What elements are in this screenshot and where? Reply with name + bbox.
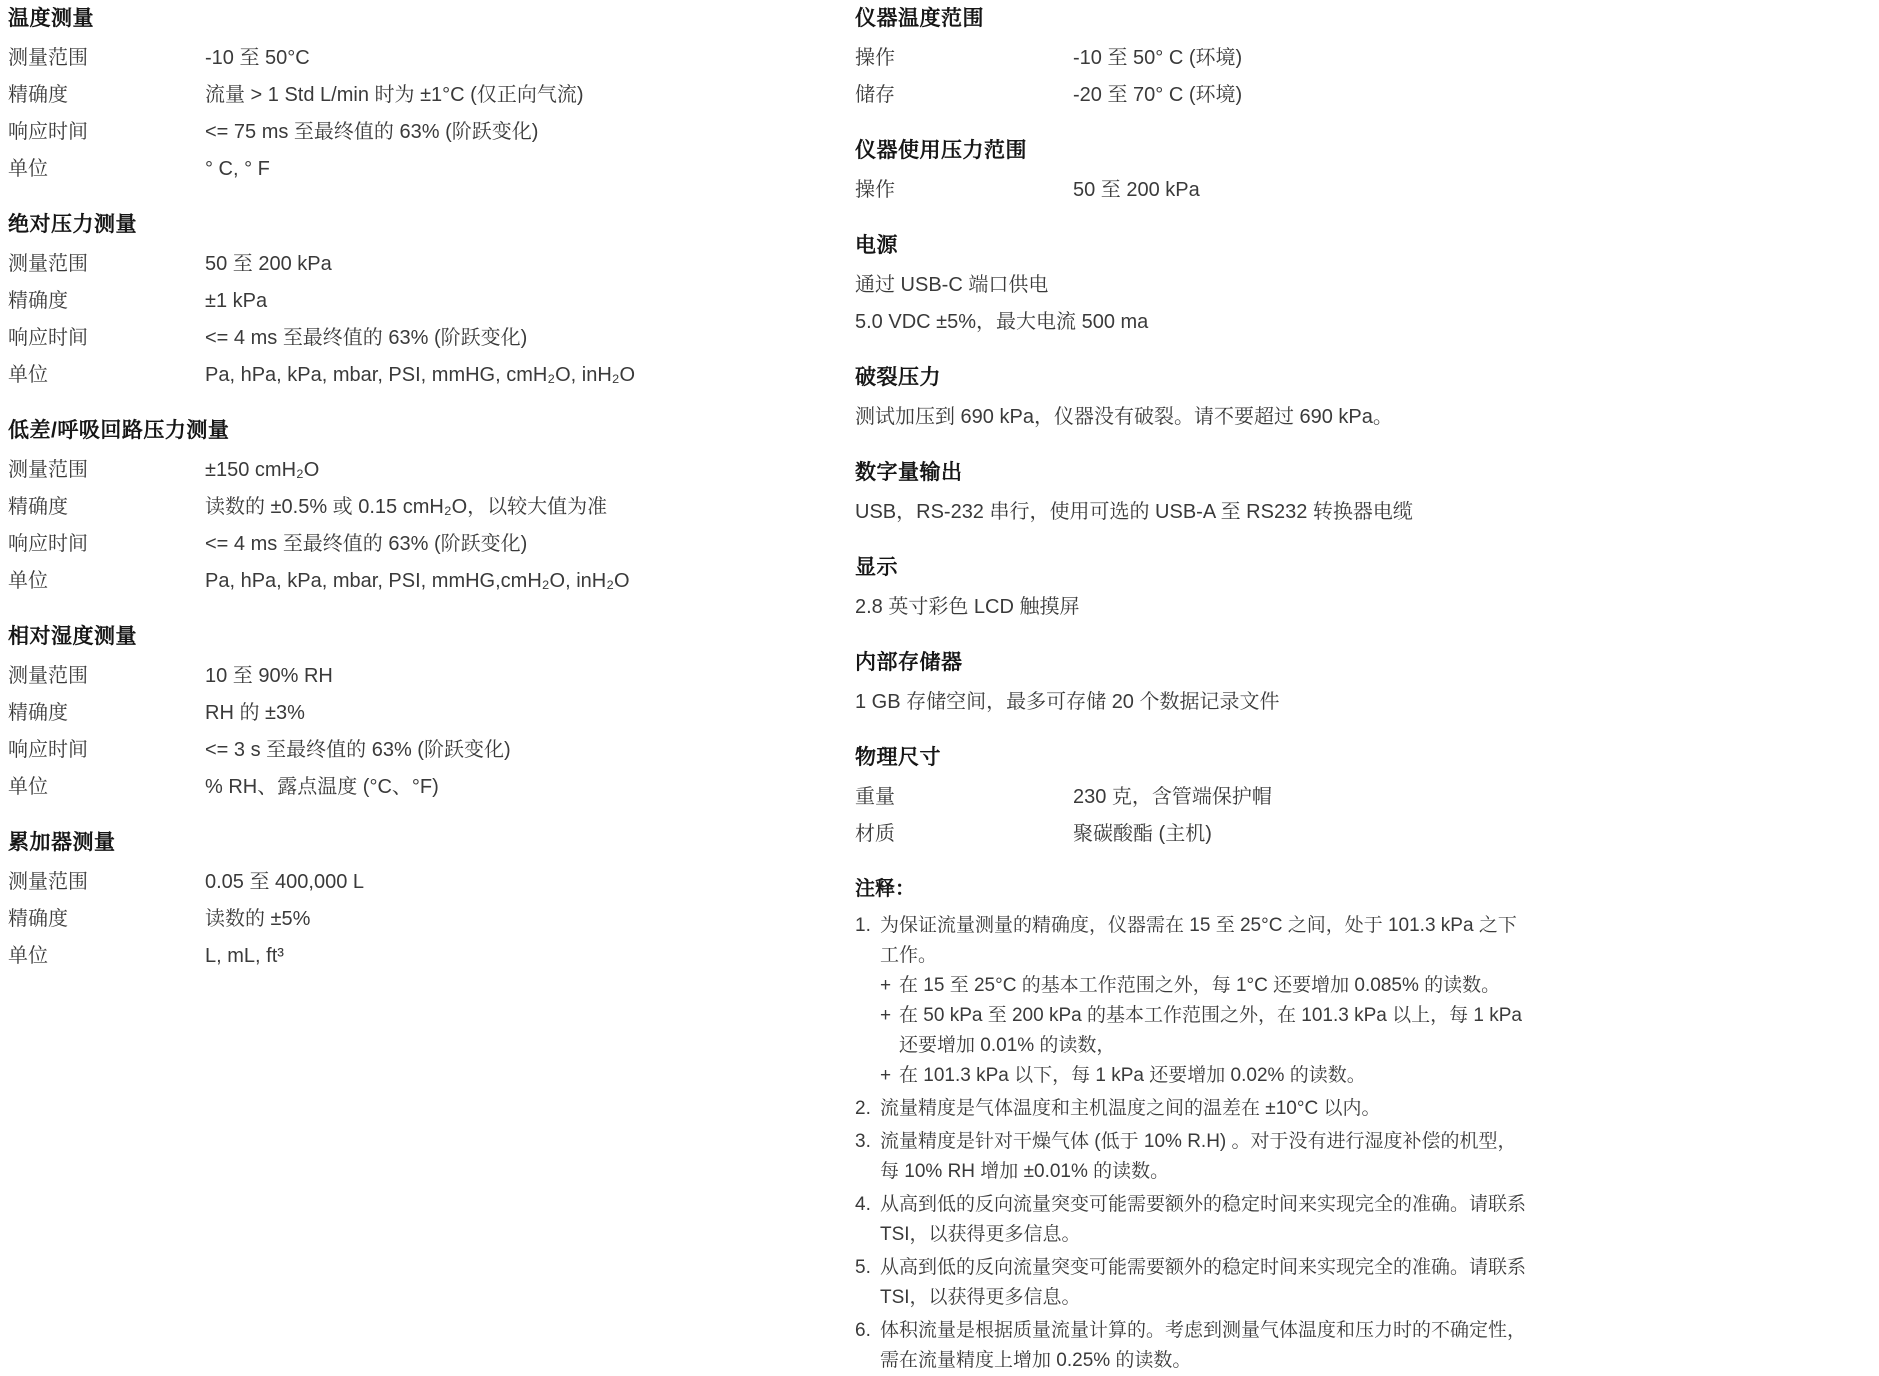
spec-value: <= 75 ms 至最终值的 63% (阶跃变化) <box>205 114 538 151</box>
note-item: 4. 从高到低的反向流量突变可能需要额外的稳定时间来实现完全的准确。请联系 TS… <box>855 1190 1561 1250</box>
spec-label: 重量 <box>855 779 1073 816</box>
section-display: 显示 2.8 英寸彩色 LCD 触摸屏 <box>855 555 1561 626</box>
section-title: 显示 <box>855 555 1561 581</box>
spec-value: 读数的 ±5% <box>205 901 310 938</box>
note-sub-item: + 在 101.3 kPa 以下，每 1 kPa 还要增加 0.02% 的读数。 <box>880 1061 1530 1091</box>
spec-row: 精确度 流量 > 1 Std L/min 时为 ±1°C (仅正向气流) <box>8 77 838 114</box>
section-title: 数字量输出 <box>855 460 1561 486</box>
spec-row: 精确度 读数的 ±5% <box>8 901 838 938</box>
note-sub-item: + 在 50 kPa 至 200 kPa 的基本工作范围之外，在 101.3 k… <box>880 1001 1530 1061</box>
spec-row: 测量范围 10 至 90% RH <box>8 658 838 695</box>
spec-row: 响应时间 <= 4 ms 至最终值的 63% (阶跃变化) <box>8 526 838 563</box>
section-burst-pressure: 破裂压力 测试加压到 690 kPa，仪器没有破裂。请不要超过 690 kPa。 <box>855 365 1561 436</box>
spec-label: 单位 <box>8 563 205 600</box>
spec-label: 响应时间 <box>8 114 205 151</box>
spec-row: 单位 L, mL, ft³ <box>8 938 838 975</box>
spec-value: 230 克，含管端保护帽 <box>1073 779 1272 816</box>
spec-value: Pa, hPa, kPa, mbar, PSI, mmHG,cmH₂O, inH… <box>205 563 630 600</box>
notes-title: 注释： <box>855 877 1561 901</box>
plus-bullet: + <box>880 1001 899 1061</box>
spec-label: 单位 <box>8 151 205 188</box>
spec-label: 测量范围 <box>8 452 205 489</box>
spec-label: 响应时间 <box>8 320 205 357</box>
spec-value: L, mL, ft³ <box>205 938 284 975</box>
note-number: 6. <box>855 1316 880 1376</box>
section-digital-output: 数字量输出 USB，RS-232 串行，使用可选的 USB-A 至 RS232 … <box>855 460 1561 531</box>
note-number: 4. <box>855 1190 880 1250</box>
spec-value: % RH、露点温度 (°C、°F) <box>205 769 439 806</box>
spec-value: -10 至 50° C (环境) <box>1073 40 1242 77</box>
spec-row: 测量范围 0.05 至 400,000 L <box>8 864 838 901</box>
spec-value: ° C, ° F <box>205 151 270 188</box>
note-number: 5. <box>855 1253 880 1313</box>
note-item: 6. 体积流量是根据质量流量计算的。考虑到测量气体温度和压力时的不确定性，需在流… <box>855 1316 1561 1376</box>
spec-value: 50 至 200 kPa <box>205 246 332 283</box>
spec-row: 响应时间 <= 75 ms 至最终值的 63% (阶跃变化) <box>8 114 838 151</box>
spec-value: <= 3 s 至最终值的 63% (阶跃变化) <box>205 732 511 769</box>
section-instrument-temperature-range: 仪器温度范围 操作 -10 至 50° C (环境) 储存 -20 至 70° … <box>855 6 1561 114</box>
spec-label: 响应时间 <box>8 526 205 563</box>
spec-value: Pa, hPa, kPa, mbar, PSI, mmHG, cmH₂O, in… <box>205 357 635 394</box>
section-low-differential-breathing-circuit-pressure: 低差/呼吸回路压力测量 测量范围 ±150 cmH₂O 精确度 读数的 ±0.5… <box>8 418 838 600</box>
spec-label: 操作 <box>855 172 1073 209</box>
section-title: 物理尺寸 <box>855 745 1561 771</box>
section-title: 温度测量 <box>8 6 838 32</box>
section-title: 累加器测量 <box>8 830 838 856</box>
plus-bullet: + <box>880 971 899 1001</box>
spec-label: 操作 <box>855 40 1073 77</box>
spec-value: 读数的 ±0.5% 或 0.15 cmH₂O，以较大值为准 <box>205 489 607 526</box>
note-sub-text: 在 15 至 25°C 的基本工作范围之外，每 1°C 还要增加 0.085% … <box>899 971 1530 1001</box>
spec-label: 测量范围 <box>8 864 205 901</box>
spec-label: 单位 <box>8 357 205 394</box>
spec-label: 精确度 <box>8 489 205 526</box>
note-sub-text: 在 101.3 kPa 以下，每 1 kPa 还要增加 0.02% 的读数。 <box>899 1061 1530 1091</box>
note-text: 为保证流量测量的精确度，仪器需在 15 至 25°C 之间，处于 101.3 k… <box>880 911 1530 971</box>
spec-row: 单位 Pa, hPa, kPa, mbar, PSI, mmHG,cmH₂O, … <box>8 563 838 600</box>
note-text: 流量精度是针对干燥气体 (低于 10% R.H) 。对于没有进行湿度补偿的机型，… <box>880 1127 1530 1187</box>
section-internal-memory: 内部存储器 1 GB 存储空间，最多可存储 20 个数据记录文件 <box>855 650 1561 721</box>
spec-text-line: 2.8 英寸彩色 LCD 触摸屏 <box>855 589 1561 626</box>
spec-row: 重量 230 克，含管端保护帽 <box>855 779 1561 816</box>
spec-value: 聚碳酸酯 (主机) <box>1073 816 1212 853</box>
spec-row: 精确度 读数的 ±0.5% 或 0.15 cmH₂O，以较大值为准 <box>8 489 838 526</box>
plus-bullet: + <box>880 1061 899 1091</box>
section-title: 仪器温度范围 <box>855 6 1561 32</box>
section-title: 电源 <box>855 233 1561 259</box>
note-item: 5. 从高到低的反向流量突变可能需要额外的稳定时间来实现完全的准确。请联系 TS… <box>855 1253 1561 1313</box>
spec-row: 操作 50 至 200 kPa <box>855 172 1561 209</box>
section-instrument-pressure-range: 仪器使用压力范围 操作 50 至 200 kPa <box>855 138 1561 209</box>
spec-text-line: 通过 USB-C 端口供电 <box>855 267 1561 304</box>
spec-label: 单位 <box>8 938 205 975</box>
note-item: 1. 为保证流量测量的精确度，仪器需在 15 至 25°C 之间，处于 101.… <box>855 911 1561 1091</box>
spec-label: 材质 <box>855 816 1073 853</box>
section-title: 破裂压力 <box>855 365 1561 391</box>
note-text: 体积流量是根据质量流量计算的。考虑到测量气体温度和压力时的不确定性，需在流量精度… <box>880 1316 1530 1376</box>
spec-text-line: USB，RS-232 串行，使用可选的 USB-A 至 RS232 转换器电缆 <box>855 494 1561 531</box>
section-power: 电源 通过 USB-C 端口供电 5.0 VDC ±5%，最大电流 500 ma <box>855 233 1561 341</box>
spec-row: 单位 Pa, hPa, kPa, mbar, PSI, mmHG, cmH₂O,… <box>8 357 838 394</box>
spec-text-line: 1 GB 存储空间，最多可存储 20 个数据记录文件 <box>855 684 1561 721</box>
note-number: 2. <box>855 1094 880 1124</box>
section-absolute-pressure-measurement: 绝对压力测量 测量范围 50 至 200 kPa 精确度 ±1 kPa 响应时间… <box>8 212 838 394</box>
spec-text-line: 测试加压到 690 kPa，仪器没有破裂。请不要超过 690 kPa。 <box>855 399 1561 436</box>
note-sub-item: + 在 15 至 25°C 的基本工作范围之外，每 1°C 还要增加 0.085… <box>880 971 1530 1001</box>
spec-row: 单位 % RH、露点温度 (°C、°F) <box>8 769 838 806</box>
section-physical-dimensions: 物理尺寸 重量 230 克，含管端保护帽 材质 聚碳酸酯 (主机) <box>855 745 1561 853</box>
spec-value: 50 至 200 kPa <box>1073 172 1200 209</box>
spec-row: 精确度 RH 的 ±3% <box>8 695 838 732</box>
spec-row: 响应时间 <= 3 s 至最终值的 63% (阶跃变化) <box>8 732 838 769</box>
spec-row: 测量范围 ±150 cmH₂O <box>8 452 838 489</box>
spec-label: 测量范围 <box>8 658 205 695</box>
right-column: 仪器温度范围 操作 -10 至 50° C (环境) 储存 -20 至 70° … <box>855 6 1561 1376</box>
note-item: 3. 流量精度是针对干燥气体 (低于 10% R.H) 。对于没有进行湿度补偿的… <box>855 1127 1561 1187</box>
note-text: 从高到低的反向流量突变可能需要额外的稳定时间来实现完全的准确。请联系 TSI，以… <box>880 1253 1530 1313</box>
section-totalizer-measurement: 累加器测量 测量范围 0.05 至 400,000 L 精确度 读数的 ±5% … <box>8 830 838 975</box>
section-relative-humidity-measurement: 相对湿度测量 测量范围 10 至 90% RH 精确度 RH 的 ±3% 响应时… <box>8 624 838 806</box>
spec-row: 测量范围 -10 至 50°C <box>8 40 838 77</box>
section-temperature-measurement: 温度测量 测量范围 -10 至 50°C 精确度 流量 > 1 Std L/mi… <box>8 6 838 188</box>
spec-row: 精确度 ±1 kPa <box>8 283 838 320</box>
spec-value: 流量 > 1 Std L/min 时为 ±1°C (仅正向气流) <box>205 77 584 114</box>
spec-label: 精确度 <box>8 901 205 938</box>
spec-label: 储存 <box>855 77 1073 114</box>
spec-label: 精确度 <box>8 695 205 732</box>
spec-label: 精确度 <box>8 77 205 114</box>
spec-value: 10 至 90% RH <box>205 658 333 695</box>
note-number: 1. <box>855 911 880 1091</box>
section-title: 低差/呼吸回路压力测量 <box>8 418 838 444</box>
spec-row: 操作 -10 至 50° C (环境) <box>855 40 1561 77</box>
spec-value: ±1 kPa <box>205 283 267 320</box>
section-title: 绝对压力测量 <box>8 212 838 238</box>
spec-label: 测量范围 <box>8 246 205 283</box>
spec-row: 响应时间 <= 4 ms 至最终值的 63% (阶跃变化) <box>8 320 838 357</box>
spec-value: -10 至 50°C <box>205 40 310 77</box>
spec-label: 响应时间 <box>8 732 205 769</box>
spec-value: ±150 cmH₂O <box>205 452 319 489</box>
section-title: 内部存储器 <box>855 650 1561 676</box>
spec-label: 精确度 <box>8 283 205 320</box>
spec-row: 储存 -20 至 70° C (环境) <box>855 77 1561 114</box>
spec-row: 材质 聚碳酸酯 (主机) <box>855 816 1561 853</box>
left-column: 温度测量 测量范围 -10 至 50°C 精确度 流量 > 1 Std L/mi… <box>8 6 838 999</box>
spec-value: -20 至 70° C (环境) <box>1073 77 1242 114</box>
note-sub-text: 在 50 kPa 至 200 kPa 的基本工作范围之外，在 101.3 kPa… <box>899 1001 1530 1061</box>
section-title: 相对湿度测量 <box>8 624 838 650</box>
spec-value: 0.05 至 400,000 L <box>205 864 364 901</box>
spec-text-line: 5.0 VDC ±5%，最大电流 500 ma <box>855 304 1561 341</box>
spec-value: RH 的 ±3% <box>205 695 305 732</box>
spec-label: 测量范围 <box>8 40 205 77</box>
section-title: 仪器使用压力范围 <box>855 138 1561 164</box>
section-notes: 注释： 1. 为保证流量测量的精确度，仪器需在 15 至 25°C 之间，处于 … <box>855 877 1561 1376</box>
spec-label: 单位 <box>8 769 205 806</box>
note-item: 2. 流量精度是气体温度和主机温度之间的温差在 ±10°C 以内。 <box>855 1094 1561 1124</box>
spec-value: <= 4 ms 至最终值的 63% (阶跃变化) <box>205 526 527 563</box>
note-text: 从高到低的反向流量突变可能需要额外的稳定时间来实现完全的准确。请联系 TSI，以… <box>880 1190 1530 1250</box>
spec-row: 测量范围 50 至 200 kPa <box>8 246 838 283</box>
spec-value: <= 4 ms 至最终值的 63% (阶跃变化) <box>205 320 527 357</box>
note-number: 3. <box>855 1127 880 1187</box>
spec-row: 单位 ° C, ° F <box>8 151 838 188</box>
note-text: 流量精度是气体温度和主机温度之间的温差在 ±10°C 以内。 <box>880 1094 1530 1124</box>
